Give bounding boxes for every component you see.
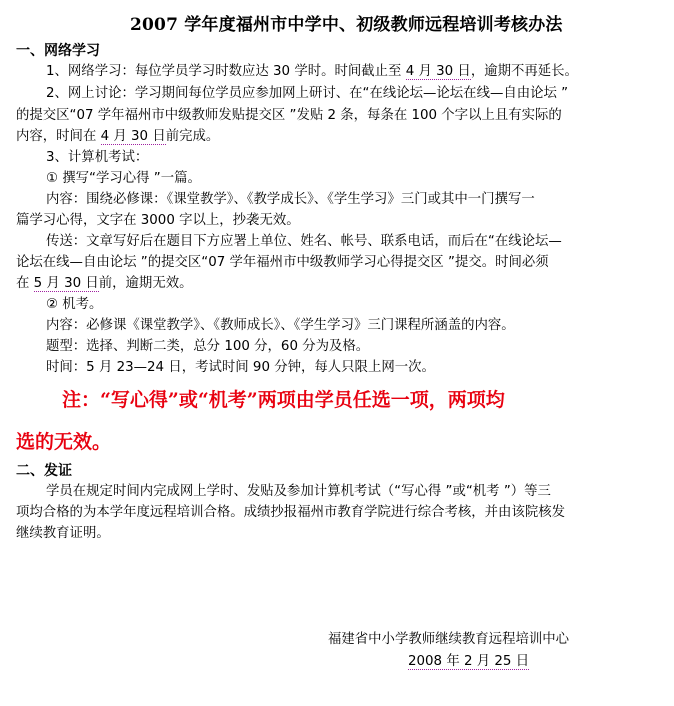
send-deadline-date: 5 月 30 日: [34, 276, 99, 292]
signature-date-text: 2008 年 2 月 25 日: [408, 654, 529, 670]
note-line-2: 选的无效。: [16, 427, 111, 454]
item-1-online-learning: 1、网络学习：每位学员学习时数应达 30 学时。时间截止至 4 月 30 日，逾…: [46, 62, 578, 82]
sub-item-2-label: ② 机考。: [46, 295, 102, 315]
sub-item-1-send-line-3: 在 5 月 30 日前，逾期无效。: [16, 274, 193, 294]
section-heading-certification: 二、发证: [16, 460, 72, 480]
item-2-line-3-end: 前完成。: [166, 129, 220, 144]
certification-line-3: 继续教育证明。: [16, 524, 110, 544]
sub-item-1-send-line-2: 论坛在线—自由论坛 ”的提交区“07 学年福州市中级教师学习心得提交区 ”提交。…: [16, 253, 549, 273]
document-page: 2007 学年度福州市中学中、初级教师远程培训考核办法 一、网络学习 1、网络学…: [0, 0, 674, 706]
item-2-line-3-text: 内容，时间在: [16, 129, 101, 144]
item-2-date: 4 月 30 日: [101, 129, 166, 145]
signature-date: 2008 年 2 月 25 日: [408, 650, 529, 669]
item-1-date: 4 月 30 日: [406, 64, 471, 80]
sub-item-2-time: 时间：5 月 23—24 日，考试时间 90 分钟，每人只限上网一次。: [46, 358, 435, 378]
sub-item-1-send-line-1: 传送：文章写好后在题目下方应署上单位、姓名、帐号、联系电话，而后在“在线论坛—: [46, 232, 562, 252]
item-1-text-end: ，逾期不再延长。: [471, 64, 578, 79]
item-1-text: 1、网络学习：每位学员学习时数应达 30 学时。时间截止至: [46, 64, 406, 79]
section-heading-online-learning: 一、网络学习: [16, 40, 100, 60]
note-line-1: 注：“写心得”或“机考”两项由学员任选一项，两项均: [62, 385, 505, 412]
item-2-line-3: 内容，时间在 4 月 30 日前完成。: [16, 127, 219, 147]
sub-item-1-content-line-2: 篇学习心得，文字在 3000 字以上，抄袭无效。: [16, 211, 300, 231]
item-2-line-1: 2、网上讨论：学习期间每位学员应参加网上研讨、在“在线论坛—论坛在线—自由论坛 …: [46, 84, 568, 104]
item-3-label: 3、计算机考试：: [46, 148, 148, 168]
send-line-3-text: 在: [16, 276, 34, 291]
signature-organization: 福建省中小学教师继续教育远程培训中心: [328, 628, 569, 647]
certification-line-2: 项均合格的为本学年度远程培训合格。成绩抄报福州市教育学院进行综合考核，并由该院核…: [16, 503, 565, 523]
certification-line-1: 学员在规定时间内完成网上学时、发贴及参加计算机考试（“写心得 ”或“机考 ”）等…: [46, 482, 551, 502]
sub-item-1-label: ① 撰写“学习心得 ”一篇。: [46, 169, 201, 189]
send-line-3-end: 前，逾期无效。: [99, 276, 193, 291]
sub-item-2-type: 题型：选择、判断二类，总分 100 分，60 分为及格。: [46, 337, 369, 357]
document-title: 2007 学年度福州市中学中、初级教师远程培训考核办法: [130, 10, 650, 35]
item-2-line-2: 的提交区“07 学年福州市中级教师发贴提交区 ”发贴 2 条，每条在 100 个…: [16, 106, 562, 126]
sub-item-2-content: 内容：必修课《课堂教学》、《教师成长》、《学生学习》三门课程所涵盖的内容。: [46, 316, 515, 336]
sub-item-1-content-line-1: 内容：围绕必修课：《课堂教学》、《教学成长》、《学生学习》三门或其中一门撰写一: [46, 190, 535, 210]
